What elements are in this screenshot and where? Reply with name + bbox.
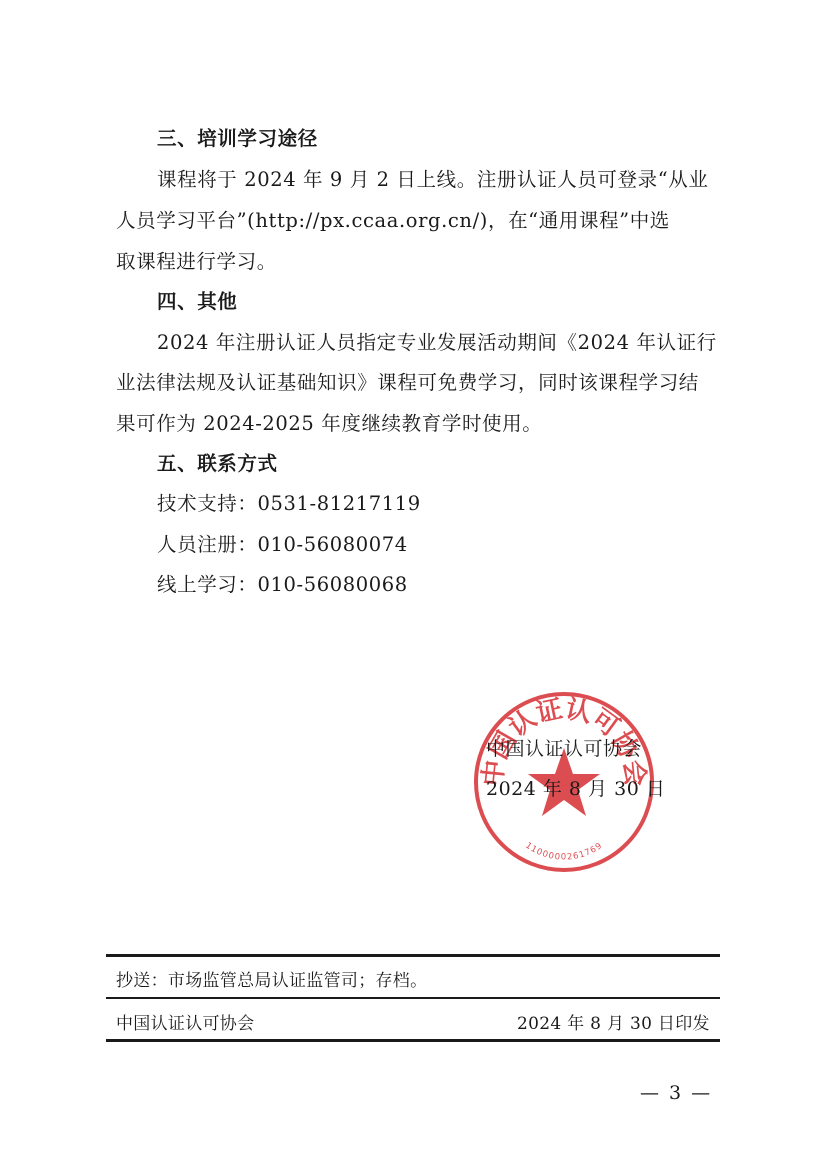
seal-serial: 1100000261769 bbox=[523, 841, 605, 863]
section-3-line-1: 课程将于 2024 年 9 月 2 日上线。注册认证人员可登录“从业 bbox=[157, 168, 709, 192]
section-4-line-3: 果可作为 2024-2025 年度继续教育学时使用。 bbox=[116, 412, 542, 436]
page-number: — 3 — bbox=[640, 1082, 712, 1104]
contact-tech-support: 技术支持：0531-81217119 bbox=[157, 492, 421, 516]
document-page: 三、培训学习途径 课程将于 2024 年 9 月 2 日上线。注册认证人员可登录… bbox=[0, 0, 827, 1170]
section-5-heading: 五、联系方式 bbox=[157, 452, 278, 476]
signature-organization: 中国认证认可协会 bbox=[486, 734, 642, 761]
footer-rule-bottom bbox=[106, 1039, 720, 1042]
contact-registration: 人员注册：010-56080074 bbox=[157, 533, 408, 557]
footer-cc: 抄送：市场监管总局认证监管司；存档。 bbox=[116, 966, 427, 991]
signature-date: 2024 年 8 月 30 日 bbox=[486, 774, 665, 801]
section-4-line-2: 业法律法规及认证基础知识》课程可免费学习，同时该课程学习结 bbox=[116, 371, 699, 395]
footer-rule-middle bbox=[106, 997, 720, 999]
footer-issuer: 中国认证认可协会 bbox=[116, 1009, 254, 1034]
footer-issue-date: 2024 年 8 月 30 日印发 bbox=[517, 1009, 710, 1034]
section-3-line-2: 人员学习平台”(http://px.ccaa.org.cn/)，在“通用课程”中… bbox=[116, 209, 670, 233]
svg-text:1100000261769: 1100000261769 bbox=[523, 841, 605, 863]
section-4-line-1: 2024 年注册认证人员指定专业发展活动期间《2024 年认证行 bbox=[157, 331, 717, 355]
section-3-line-3: 取课程进行学习。 bbox=[116, 250, 277, 274]
contact-online-learning: 线上学习：010-56080068 bbox=[157, 573, 408, 597]
section-3-heading: 三、培训学习途径 bbox=[157, 127, 318, 151]
footer-rule-top bbox=[106, 954, 720, 957]
section-4-heading: 四、其他 bbox=[157, 290, 237, 314]
